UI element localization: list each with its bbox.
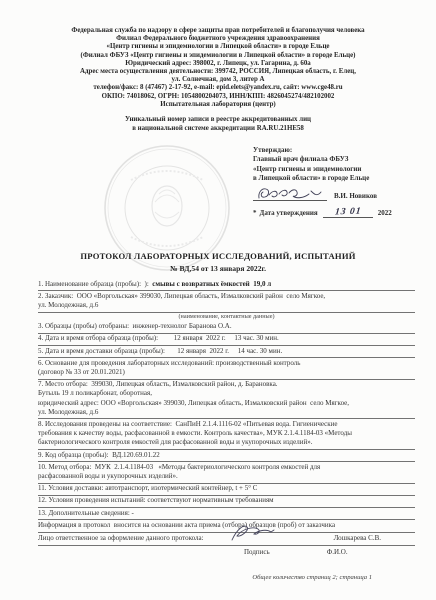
approval-signature-row: В.И. Новиков	[253, 185, 436, 201]
protocol-number: № ВД,54 от 13 января 2022г.	[0, 264, 436, 273]
signature-captions: Подпись Ф.И.О.	[38, 548, 415, 557]
page-footer: Общее количество страниц 2; страница 1	[0, 574, 436, 581]
approval-date-row: * Дата утверждения 13 01 2022	[253, 207, 436, 218]
item-line: 13. Дополнительные сведения: -	[38, 509, 415, 518]
responsible-name: Лошкарева С.В.	[334, 534, 381, 543]
item-line: 2. Заказчик: ООО «Воргольская» 399030, Л…	[38, 292, 415, 301]
letterhead-line: ОКПО: 74018062, ОГРН: 1054800204073, ИНН…	[0, 93, 436, 101]
item-line: 3. Образцы (пробы) отобраны: инженер-тех…	[38, 322, 415, 331]
item-line: юридический адрес: ООО «Воргольская» 399…	[38, 399, 415, 408]
letterhead-line: Юридический адрес: 398002, г. Липецк, ул…	[0, 60, 436, 68]
item-row-6: 6. Основание для проведения лабораторных…	[38, 358, 415, 379]
item-row-1: 1. Наименование образца (пробы): ): смыв…	[38, 279, 415, 291]
item-line: 7. Место отбора: 399030, Липецкая област…	[38, 380, 415, 389]
item-line: 10. Метод отбора: МУК 2.1.4.1184-03 «Мет…	[38, 463, 415, 472]
letterhead-line: (Филиал ФБУЗ «Центр гигиены и эпидемиоло…	[0, 52, 436, 60]
item-row-5: 5. Дата и время доставки образца (пробы)…	[38, 346, 415, 358]
item-row-4: 4. Дата и время отбора образца (пробы): …	[38, 334, 415, 346]
letterhead-line: «Центр гигиены и эпидемиологии в Липецко…	[0, 43, 436, 51]
item-line: (договор № 33 от 20.01.2021)	[38, 368, 415, 377]
approval-label: Утверждаю:	[253, 146, 436, 155]
responsible-person-row: Лицо ответственное за оформление данного…	[38, 533, 415, 546]
item-row-9: 9. Код образца (пробы): ВД.120.69.01.22	[38, 450, 415, 462]
item-line: требования к качеству воды, расфасованно…	[38, 429, 415, 438]
item-line: ул. Молодежная, д.6	[38, 301, 415, 310]
signature-caption: Подпись	[244, 548, 270, 557]
item-line: 6. Основание для проведения лабораторных…	[38, 359, 415, 368]
protocol-title: ПРОТОКОЛ ЛАБОРАТОРНЫХ ИССЛЕДОВАНИЙ, ИСПЫ…	[0, 251, 436, 261]
item-row-11: 11. Условия доставки: автотранспорт, изо…	[38, 484, 415, 496]
item-line: 12. Условия проведения испытаний: соотве…	[38, 496, 415, 505]
item-line: Бутыль 19 л поликарбонат, оборотная,	[38, 389, 415, 398]
accreditation-note: Уникальный номер записи в реестре аккред…	[0, 116, 436, 133]
name-caption: Ф.И.О.	[327, 548, 348, 557]
approval-org-line: «Центр гигиены и эпидемиологии	[253, 165, 436, 174]
approval-org-line: Главный врач филиала ФБУЗ	[253, 155, 436, 164]
item-line: бактериологического контроля емкостей дл…	[38, 438, 415, 447]
accreditation-line: Уникальный номер записи в реестре аккред…	[0, 116, 436, 125]
letterhead: Федеральная служба по надзору в сфере за…	[0, 0, 436, 109]
letterhead-line: ул. Солнечная, дом 3, литер А	[0, 76, 436, 84]
accreditation-number: в национальной системе аккредитации RA.R…	[0, 125, 436, 134]
item-row-8: 8. Исследования проведены на соответстви…	[38, 419, 415, 450]
item-row-12: 12. Условия проведения испытаний: соотве…	[38, 496, 415, 508]
item-line: 5. Дата и время доставки образца (пробы)…	[38, 347, 415, 356]
date-mark: *	[253, 209, 257, 218]
approval-date-label: Дата утверждения	[260, 209, 318, 218]
item-1-value: смывы с возвратных ёмкостей 19,0 л	[152, 280, 271, 288]
document-page: Федеральная служба по надзору в сфере за…	[0, 0, 436, 600]
item-1-label: 1. Наименование образца (пробы): ):	[38, 280, 152, 288]
letterhead-line: Филиал Федерального бюджетного учреждени…	[0, 35, 436, 43]
letterhead-line: Адрес места осуществления деятельности: …	[0, 68, 436, 76]
letterhead-line: Испытательная лаборатория (центр)	[0, 101, 436, 109]
signature-line	[253, 185, 327, 201]
item-line: 8. Исследования проведены на соответстви…	[38, 420, 415, 429]
contact-data-note: (наименование, контактные данные)	[38, 313, 415, 322]
item-line: ул. Молодежная, д.6	[38, 408, 415, 417]
item-line: 11. Условия доставки: автотранспорт, изо…	[38, 484, 415, 493]
item-row-3: 3. Образцы (пробы) отобраны: инженер-тех…	[38, 322, 415, 334]
responsible-label: Лицо ответственное за оформление данного…	[38, 534, 204, 543]
approval-block: Утверждаю: Главный врач филиала ФБУЗ «Це…	[253, 146, 436, 218]
item-row-13: 13. Дополнительные сведения: -	[38, 508, 415, 520]
item-row-10: 10. Метод отбора: МУК 2.1.4.1184-03 «Мет…	[38, 462, 415, 483]
director-signature-icon	[255, 185, 325, 202]
item-row-7: 7. Место отбора: 399030, Липецкая област…	[38, 380, 415, 420]
letterhead-line: телефон/факс: 8 (47467) 2-17-92, e-mail:…	[0, 84, 436, 92]
protocol-items: 1. Наименование образца (пробы): ): смыв…	[38, 279, 415, 557]
item-line: расфасованной воды и укупорочных изделий…	[38, 472, 415, 481]
item-line: 4. Дата и время отбора образца (пробы): …	[38, 334, 415, 343]
responsible-signature-icon	[224, 522, 276, 544]
approval-org-line: в Липецкой области» в городе Ельце	[253, 174, 436, 183]
handwritten-date: 13 01	[334, 207, 362, 218]
approval-date-field: 13 01	[323, 207, 373, 218]
item-row-2: 2. Заказчик: ООО «Воргольская» 399030, Л…	[38, 291, 415, 312]
approval-zone: Утверждаю: Главный врач филиала ФБУЗ «Це…	[0, 146, 436, 232]
item-line: 9. Код образца (пробы): ВД.120.69.01.22	[38, 451, 415, 460]
letterhead-line: Федеральная служба по надзору в сфере за…	[0, 27, 436, 35]
approval-year: 2022	[378, 209, 392, 218]
signatory-name: В.И. Новиков	[334, 192, 377, 201]
